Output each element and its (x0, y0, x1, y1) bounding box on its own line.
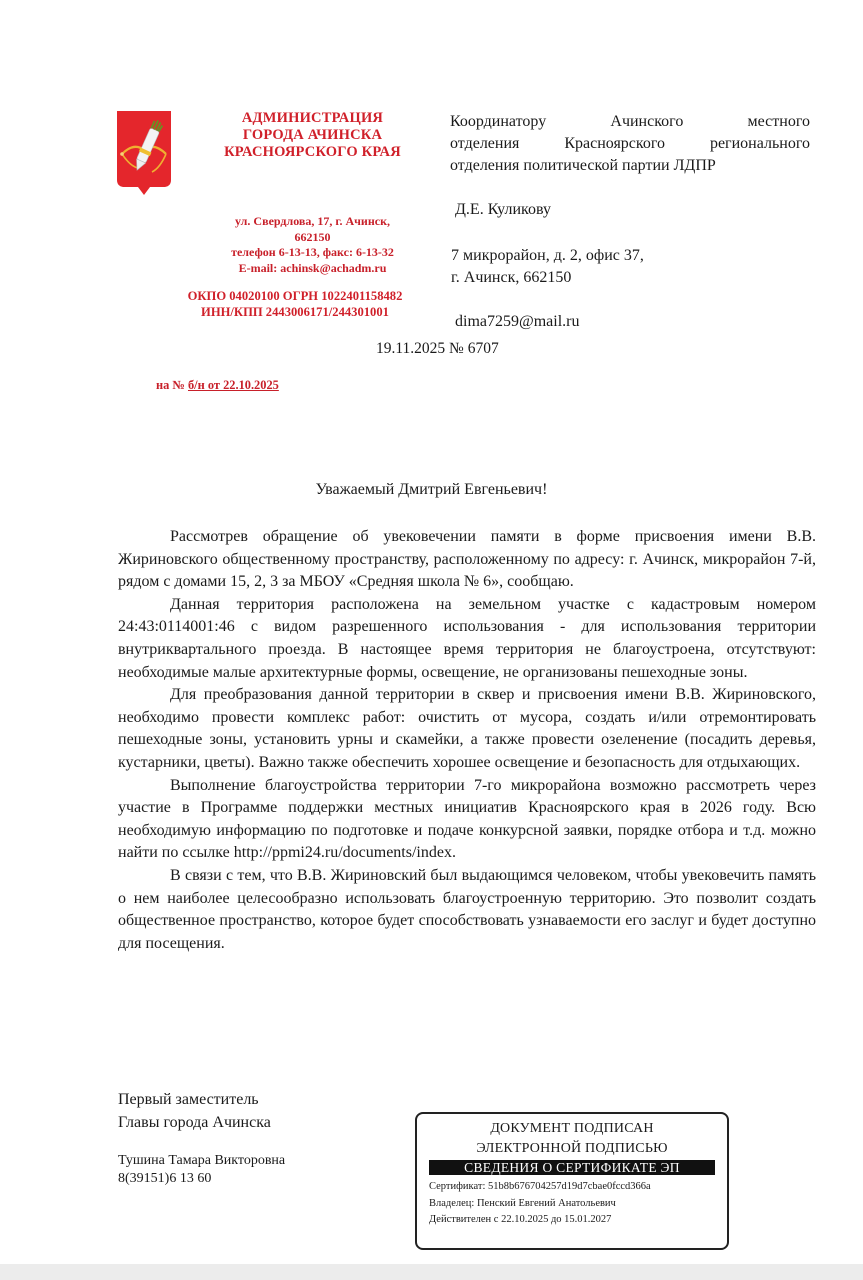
viewer-bottom-bar (0, 1264, 863, 1280)
org-postcode: 662150 (205, 230, 420, 246)
recipient-line-1: Координатору Ачинского местного (450, 111, 810, 133)
letter-page: АДМИНИСТРАЦИЯ ГОРОДА АЧИНСКА КРАСНОЯРСКО… (0, 0, 863, 1264)
reference-prefix: на № (156, 378, 188, 392)
body-paragraph: Для преобразования данной территории в с… (118, 684, 816, 774)
recipient-line-2: отделения Красноярского регионального (450, 133, 810, 155)
signer-position-line: Главы города Ачинска (118, 1111, 271, 1134)
org-address: ул. Свердлова, 17, г. Ачинск, (205, 214, 420, 230)
stamp-title: ДОКУМЕНТ ПОДПИСАН ЭЛЕКТРОННОЙ ПОДПИСЬЮ (417, 1119, 727, 1159)
recipient-address-line: г. Ачинск, 662150 (451, 267, 644, 289)
inn-kpp: ИНН/КПП 2443006171/244301001 (160, 304, 430, 320)
org-title-line: ГОРОДА АЧИНСКА (205, 127, 420, 144)
recipient-line-3: отделения политической партии ЛДПР (450, 155, 810, 177)
org-title-line: АДМИНИСТРАЦИЯ (205, 110, 420, 127)
document-date-number: 19.11.2025 № 6707 (376, 340, 499, 358)
org-title-line: КРАСНОЯРСКОГО КРАЯ (205, 144, 420, 161)
signer-position: Первый заместитель Главы города Ачинска (118, 1088, 271, 1134)
body-paragraph: В связи с тем, что В.В. Жириновский был … (118, 865, 816, 955)
recipient-word: отделения (450, 135, 519, 152)
recipient-name: Д.Е. Куликову (455, 201, 551, 219)
executor-name: Тушина Тамара Викторовна (118, 1152, 285, 1170)
body-paragraph: Рассмотрев обращение об увековечении пам… (118, 526, 816, 594)
salutation: Уважаемый Дмитрий Евгеньевич! (0, 481, 863, 499)
electronic-signature-stamp: ДОКУМЕНТ ПОДПИСАН ЭЛЕКТРОННОЙ ПОДПИСЬЮ С… (415, 1112, 729, 1250)
recipient-word: Ачинского (610, 113, 683, 130)
reference-value: б/н от 22.10.2025 (188, 378, 279, 392)
stamp-title-line: ДОКУМЕНТ ПОДПИСАН (417, 1119, 727, 1139)
body-paragraph: Выполнение благоустройства территории 7-… (118, 775, 816, 865)
certificate-serial: Сертификат: 51b8b676704257d19d7cbae0fccd… (429, 1179, 727, 1196)
recipient-word: регионального (710, 135, 810, 152)
certificate-validity: Действителен с 22.10.2025 до 15.01.2027 (429, 1212, 727, 1229)
coat-of-arms-icon (116, 110, 172, 196)
executor-phone: 8(39151)6 13 60 (118, 1170, 285, 1188)
recipient-block: Координатору Ачинского местного отделени… (450, 111, 810, 177)
certificate-details: Сертификат: 51b8b676704257d19d7cbae0fccd… (429, 1179, 727, 1229)
certificate-owner: Владелец: Пенский Евгений Анатольевич (429, 1196, 727, 1213)
certificate-info-bar: СВЕДЕНИЯ О СЕРТИФИКАТЕ ЭП (429, 1160, 715, 1175)
stamp-title-line: ЭЛЕКТРОННОЙ ПОДПИСЬЮ (417, 1139, 727, 1159)
org-email: E-mail: achinsk@achadm.ru (205, 261, 420, 277)
recipient-address-line: 7 микрорайон, д. 2, офис 37, (451, 245, 644, 267)
letter-body: Рассмотрев обращение об увековечении пам… (118, 526, 816, 955)
executor-contact: Тушина Тамара Викторовна 8(39151)6 13 60 (118, 1152, 285, 1188)
recipient-word: местного (748, 113, 810, 130)
signer-position-line: Первый заместитель (118, 1088, 271, 1111)
recipient-address: 7 микрорайон, д. 2, офис 37, г. Ачинск, … (451, 245, 644, 289)
org-phone: телефон 6-13-13, факс: 6-13-32 (205, 245, 420, 261)
organization-title: АДМИНИСТРАЦИЯ ГОРОДА АЧИНСКА КРАСНОЯРСКО… (205, 110, 420, 161)
reference-line: на № б/н от 22.10.2025 (156, 378, 279, 393)
recipient-word: Красноярского (564, 135, 665, 152)
recipient-word: Координатору (450, 113, 546, 130)
body-paragraph: Данная территория расположена на земельн… (118, 594, 816, 684)
organization-codes: ОКПО 04020100 ОГРН 1022401158482 ИНН/КПП… (160, 288, 430, 320)
organization-contacts: ул. Свердлова, 17, г. Ачинск, 662150 тел… (205, 214, 420, 276)
recipient-email: dima7259@mail.ru (455, 313, 580, 331)
okpo-ogrn: ОКПО 04020100 ОГРН 1022401158482 (160, 288, 430, 304)
